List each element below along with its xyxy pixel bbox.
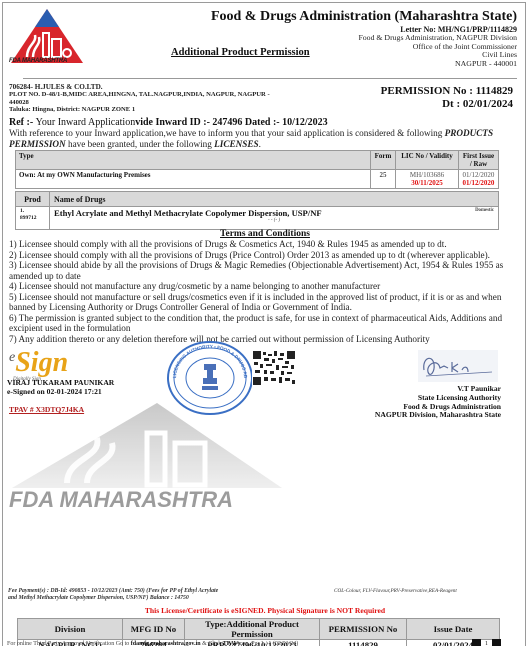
plot-line: PLOT NO. D-48/1-B,MIDC AREA,HINGNA, TAL.… — [9, 91, 339, 98]
term-item: 5) Licensee should not manufacture or se… — [9, 292, 523, 313]
col-mfg-id: MFG ID No — [123, 619, 185, 640]
term-item: 3) Licensee should abide by all the prov… — [9, 260, 523, 281]
abbreviation-legend: COL-Colour, FLV-Flavour,PRV-Preservative… — [334, 588, 457, 595]
permission-document: FDA MAHARASHTRA Food & Drugs Administrat… — [2, 2, 526, 646]
term-item: 1) Licensee should comply with all the p… — [9, 239, 523, 250]
term-item: 6) The permission is granted subject to … — [9, 313, 523, 334]
fda-logo-icon — [9, 7, 85, 65]
next-page-button[interactable] — [492, 639, 501, 646]
license-table: Type Form LIC No / Validity First Issue … — [15, 150, 499, 189]
terms-title: Terms and Conditions — [3, 229, 526, 239]
header-divider — [23, 78, 517, 79]
verification-note: For online Third Party Approval Verifica… — [7, 641, 298, 646]
license-form: 25 — [371, 170, 396, 189]
tpav-link[interactable]: TPAV # X3DTQ7J4KA — [9, 405, 84, 414]
fee-payment-info: Fee Payment(s) : DB-Id: 490853 - 10/12/2… — [8, 588, 524, 602]
signed-on: e-Signed on 02-01-2024 17:21 — [7, 387, 114, 396]
esigned-notice: This License/Certificate is eSIGNED. Phy… — [3, 606, 526, 615]
licensee-address: 706284- H.JULES & CO.LTD. PLOT NO. D-48/… — [9, 84, 339, 114]
page-number: 1 — [485, 641, 488, 646]
col-lic-validity: LIC No / Validity — [396, 151, 459, 170]
permission-number: PERMISSION No : 1114829 — [381, 85, 513, 98]
drug-sub: - - (- ) — [54, 218, 494, 223]
verification-site-link[interactable]: fdamfg.maharashtra.gov.in — [131, 641, 201, 646]
license-no-validity: MH/103686 30/11/2025 — [396, 170, 459, 189]
pager: 1 — [472, 639, 501, 646]
product-detail: Domestic Ethyl Acrylate and Methyl Metha… — [50, 207, 499, 230]
product-number: 1. 899712 — [16, 207, 50, 230]
col-type: Type — [16, 151, 371, 170]
pin-code: 440028 — [9, 99, 339, 106]
permission-info: PERMISSION No : 1114829 Dt : 02/01/2024 — [381, 85, 513, 110]
prev-page-button[interactable] — [472, 639, 481, 646]
esign-logo: eSign Digitally Sign — [9, 344, 68, 382]
drug-name: Ethyl Acrylate and Methyl Methacrylate C… — [54, 208, 494, 218]
col-permission-no: PERMISSION No — [320, 619, 407, 640]
table-row: 1. 899712 Domestic Ethyl Acrylate and Me… — [16, 207, 499, 230]
col-division: Division — [18, 619, 123, 640]
term-item: 2) Licensee should comply with all the p… — [9, 250, 523, 261]
taluka-line: Taluka: Hingna, District: NAGPUR ZONE 1 — [9, 106, 339, 113]
handwritten-signature-icon — [418, 350, 498, 382]
intro-paragraph: With reference to your Inward applicatio… — [9, 128, 521, 149]
company-name: 706284- H.JULES & CO.LTD. — [9, 84, 339, 91]
qr-code-icon[interactable] — [252, 350, 296, 386]
document-subtitle: Additional Product Permission — [171, 47, 310, 58]
license-type: Own: At my OWN Manufacturing Premises — [16, 170, 371, 189]
authority-signature-block: V.T Paunikar State Licensing Authority F… — [375, 385, 501, 420]
col-prod: Prod — [16, 192, 50, 207]
office-address: Food & Drugs Administration, NAGPUR Divi… — [358, 34, 517, 68]
col-issue-date: Issue Date — [407, 619, 500, 640]
logo-caption: FDA MAHARASHTRA — [9, 58, 67, 64]
col-type: Type:Additional Product Permission — [185, 619, 320, 640]
col-drug-name: Name of Drugs — [50, 192, 499, 207]
term-item: 7) Any addition thereto or any deletion … — [9, 334, 523, 345]
license-first-issue: 01/12/2020 01/12/2020 — [459, 170, 499, 189]
signer-info: VIRAJ TUKARAM PAUNIKAR e-Signed on 02-01… — [7, 378, 114, 396]
reference-line: Ref :- Your Inward Applicationvide Inwar… — [9, 117, 328, 128]
market-tag: Domestic — [475, 208, 494, 213]
signer-name: VIRAJ TUKARAM PAUNIKAR — [7, 378, 114, 387]
permission-date: Dt : 02/01/2024 — [381, 98, 513, 111]
table-row: Own: At my OWN Manufacturing Premises 25… — [16, 170, 499, 189]
authority-title: Food & Drugs Administration (Maharashtra… — [211, 9, 517, 25]
col-first-issue: First Issue / Raw — [459, 151, 499, 170]
product-table: Prod Name of Drugs 1. 899712 Domestic Et… — [15, 191, 499, 230]
terms-list: 1) Licensee should comply with all the p… — [9, 239, 523, 344]
col-form: Form — [371, 151, 396, 170]
svg-text:FDA MAHARASHTRA: FDA MAHARASHTRA — [9, 487, 233, 512]
official-seal-icon: LICENSING AUTHORITY • FOOD & DRUGS ADMIN… — [166, 340, 254, 416]
term-item: 4) Licensee should not manufacture any d… — [9, 281, 523, 292]
fda-watermark-icon: FDA MAHARASHTRA — [7, 403, 297, 513]
